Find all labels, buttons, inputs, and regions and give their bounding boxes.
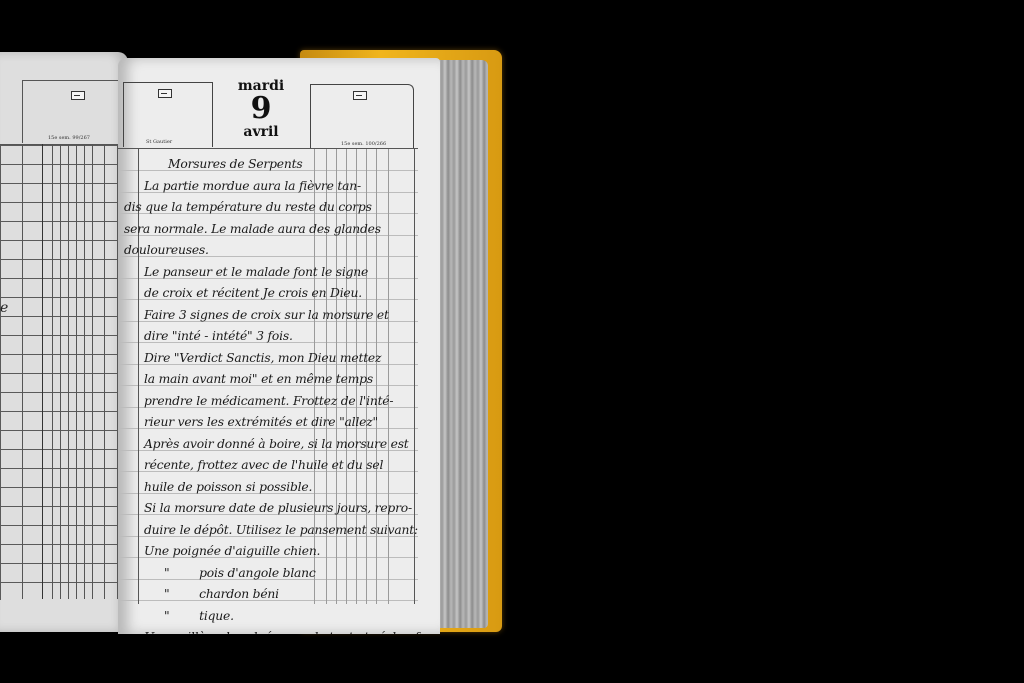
page-block-edge <box>436 60 488 628</box>
week-label: 15e sem. 100/266 <box>341 141 386 147</box>
note-line: la main avant moi" et en même temps <box>124 369 430 391</box>
right-page: St Gautier mardi 9 avril 15e sem. 100/26… <box>118 58 440 634</box>
handwritten-notes: Morsures de Serpents La partie mordue au… <box>124 154 430 634</box>
note-line: " pois d'angole blanc <box>124 563 430 585</box>
date-block: mardi 9 avril <box>226 78 296 140</box>
note-line: Une cuillère de sel, écrasez le tout et … <box>124 627 430 634</box>
envelope-icon <box>353 91 367 100</box>
envelope-icon <box>158 89 172 98</box>
note-line: Dire "Verdict Sanctis, mon Dieu mettez <box>124 348 430 370</box>
note-line: prendre le médicament. Frottez de l'inté… <box>124 391 430 413</box>
note-line: rieur vers les extrémités et dire "allez… <box>124 412 430 434</box>
envelope-icon <box>71 91 85 100</box>
note-line: duire le dépôt. Utilisez le pansement su… <box>124 520 430 542</box>
note-line: dis que la température du reste du corps <box>124 197 430 219</box>
notes-box: 15e sem. 100/266 <box>310 84 414 149</box>
notes-title: Morsures de Serpents <box>124 154 430 176</box>
note-line: sera normale. Le malade aura des glandes <box>124 219 430 241</box>
note-line: " tique. <box>124 606 430 628</box>
saint-label: St Gautier <box>146 139 172 145</box>
note-line: " chardon béni <box>124 584 430 606</box>
note-line: huile de poisson si possible. <box>124 477 430 499</box>
note-line: douloureuses. <box>124 240 430 262</box>
photo-scene: 15e sem. 99/267 e St Gautier mardi 9 avr… <box>0 0 1024 683</box>
note-line: de croix et récitent Je crois en Dieu. <box>124 283 430 305</box>
note-line: Si la morsure date de plusieurs jours, r… <box>124 498 430 520</box>
saint-box: St Gautier <box>123 82 213 147</box>
note-line: dire "inté - intété" 3 fois. <box>124 326 430 348</box>
day-number: 9 <box>226 94 296 124</box>
note-line: Après avoir donné à boire, si la morsure… <box>124 434 430 456</box>
note-line: Une poignée d'aiguille chien. <box>124 541 430 563</box>
note-line: Faire 3 signes de croix sur la morsure e… <box>124 305 430 327</box>
left-page-columns <box>0 144 118 599</box>
note-line: récente, frottez avec de l'huile et du s… <box>124 455 430 477</box>
left-margin-mark: e <box>0 300 8 316</box>
month: avril <box>226 124 296 140</box>
note-line: La partie mordue aura la fièvre tan- <box>124 176 430 198</box>
left-page-header-box <box>22 80 124 143</box>
note-line: Le panseur et le malade font le signe <box>124 262 430 284</box>
left-week-label: 15e sem. 99/267 <box>48 135 90 141</box>
left-page: 15e sem. 99/267 e <box>0 52 128 632</box>
